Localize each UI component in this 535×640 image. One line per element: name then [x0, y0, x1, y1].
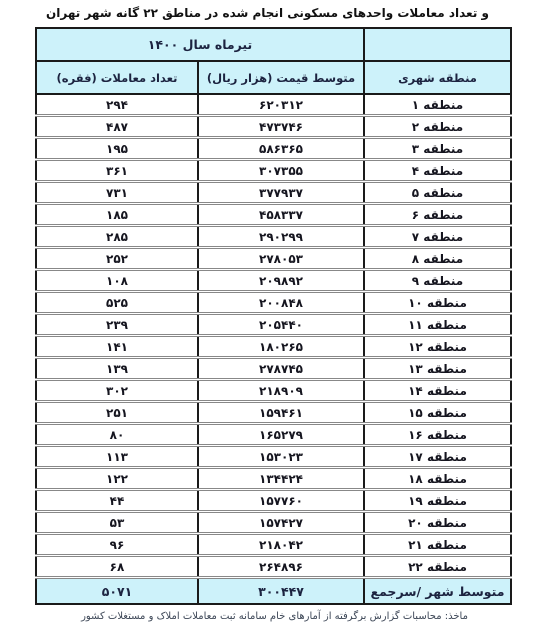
cell-district: منطقه ۹ — [364, 270, 511, 292]
table-row: منطقه ۶۴۵۸۳۳۷۱۸۵ — [36, 204, 511, 226]
page-title: و تعداد معاملات واحدهای مسکونی انجام شده… — [0, 0, 535, 22]
cell-count: ۲۳۹ — [36, 314, 198, 336]
cell-district: منطقه ۱۳ — [364, 358, 511, 380]
cell-district: منطقه ۴ — [364, 160, 511, 182]
table-row: منطقه ۱۲۱۸۰۲۶۵۱۴۱ — [36, 336, 511, 358]
cell-count: ۱۳۹ — [36, 358, 198, 380]
cell-count: ۲۵۲ — [36, 248, 198, 270]
cell-avg-price: ۱۵۷۷۶۰ — [198, 490, 364, 512]
col-header-avg-price: متوسط قیمت (هزار ریال) — [198, 61, 364, 94]
period-header: تیرماه سال ۱۴۰۰ — [36, 28, 364, 61]
cell-avg-price: ۱۵۹۴۶۱ — [198, 402, 364, 424]
table-row: منطقه ۱۱۲۰۵۴۴۰۲۳۹ — [36, 314, 511, 336]
cell-count: ۴۸۷ — [36, 116, 198, 138]
cell-district: منطقه ۲ — [364, 116, 511, 138]
cell-district: منطقه ۱۱ — [364, 314, 511, 336]
table-body: منطقه ۱۶۲۰۳۱۲۲۹۴منطقه ۲۴۷۳۷۴۶۴۸۷منطقه ۳۵… — [36, 94, 511, 578]
cell-avg-price: ۱۳۴۴۲۴ — [198, 468, 364, 490]
cell-avg-price: ۲۷۸۷۴۵ — [198, 358, 364, 380]
cell-count: ۳۶۱ — [36, 160, 198, 182]
cell-district: منطقه ۱۵ — [364, 402, 511, 424]
cell-count: ۳۰۲ — [36, 380, 198, 402]
cell-count: ۲۵۱ — [36, 402, 198, 424]
total-avg-price: ۳۰۰۴۴۷ — [198, 578, 364, 605]
cell-avg-price: ۲۶۴۸۹۶ — [198, 556, 364, 578]
table-row: منطقه ۱۶۱۶۵۲۷۹۸۰ — [36, 424, 511, 446]
table-row: منطقه ۴۳۰۷۳۵۵۳۶۱ — [36, 160, 511, 182]
cell-district: منطقه ۳ — [364, 138, 511, 160]
cell-district: منطقه ۱۲ — [364, 336, 511, 358]
cell-district: منطقه ۲۰ — [364, 512, 511, 534]
table-row: منطقه ۱۶۲۰۳۱۲۲۹۴ — [36, 94, 511, 116]
cell-district: منطقه ۲۱ — [364, 534, 511, 556]
period-empty-cell — [364, 28, 511, 61]
cell-avg-price: ۵۸۶۳۶۵ — [198, 138, 364, 160]
cell-avg-price: ۲۰۹۸۹۲ — [198, 270, 364, 292]
cell-count: ۵۲۵ — [36, 292, 198, 314]
table-row: منطقه ۱۰۲۰۰۸۴۸۵۲۵ — [36, 292, 511, 314]
source-note: ماخذ: محاسبات گزارش برگرفته از آمارهای خ… — [37, 611, 512, 622]
cell-district: منطقه ۱۹ — [364, 490, 511, 512]
col-header-district: منطقه شهری — [364, 61, 511, 94]
cell-avg-price: ۲۹۰۲۹۹ — [198, 226, 364, 248]
cell-district: منطقه ۱۷ — [364, 446, 511, 468]
cell-count: ۹۶ — [36, 534, 198, 556]
total-count: ۵۰۷۱ — [36, 578, 198, 605]
cell-count: ۱۹۵ — [36, 138, 198, 160]
cell-avg-price: ۳۰۷۳۵۵ — [198, 160, 364, 182]
total-row: متوسط شهر /سرجمع ۳۰۰۴۴۷ ۵۰۷۱ — [36, 578, 511, 605]
cell-avg-price: ۴۵۸۳۳۷ — [198, 204, 364, 226]
table-row: منطقه ۱۴۲۱۸۹۰۹۳۰۲ — [36, 380, 511, 402]
cell-avg-price: ۲۰۵۴۴۰ — [198, 314, 364, 336]
cell-count: ۱۸۵ — [36, 204, 198, 226]
cell-avg-price: ۲۷۸۰۵۳ — [198, 248, 364, 270]
total-label: متوسط شهر /سرجمع — [364, 578, 511, 605]
cell-avg-price: ۱۵۳۰۲۳ — [198, 446, 364, 468]
cell-avg-price: ۴۷۳۷۴۶ — [198, 116, 364, 138]
cell-avg-price: ۲۱۸۹۰۹ — [198, 380, 364, 402]
cell-count: ۱۴۱ — [36, 336, 198, 358]
cell-avg-price: ۱۵۷۴۲۷ — [198, 512, 364, 534]
cell-district: منطقه ۱۸ — [364, 468, 511, 490]
table-row: منطقه ۱۵۱۵۹۴۶۱۲۵۱ — [36, 402, 511, 424]
table-row: منطقه ۲۲۲۶۴۸۹۶۶۸ — [36, 556, 511, 578]
table-row: منطقه ۱۹۱۵۷۷۶۰۴۴ — [36, 490, 511, 512]
cell-district: منطقه ۱۰ — [364, 292, 511, 314]
cell-count: ۱۱۳ — [36, 446, 198, 468]
cell-count: ۶۸ — [36, 556, 198, 578]
cell-avg-price: ۲۱۸۰۴۲ — [198, 534, 364, 556]
cell-count: ۸۰ — [36, 424, 198, 446]
cell-district: منطقه ۶ — [364, 204, 511, 226]
table-row: منطقه ۱۳۲۷۸۷۴۵۱۳۹ — [36, 358, 511, 380]
page: و تعداد معاملات واحدهای مسکونی انجام شده… — [0, 0, 535, 640]
cell-avg-price: ۱۸۰۲۶۵ — [198, 336, 364, 358]
table-row: منطقه ۱۷۱۵۳۰۲۳۱۱۳ — [36, 446, 511, 468]
cell-district: منطقه ۵ — [364, 182, 511, 204]
cell-avg-price: ۱۶۵۲۷۹ — [198, 424, 364, 446]
table-row: منطقه ۲۰۱۵۷۴۲۷۵۳ — [36, 512, 511, 534]
transactions-table: تیرماه سال ۱۴۰۰ منطقه شهری متوسط قیمت (ه… — [35, 27, 512, 605]
cell-district: منطقه ۲۲ — [364, 556, 511, 578]
cell-district: منطقه ۷ — [364, 226, 511, 248]
cell-avg-price: ۶۲۰۳۱۲ — [198, 94, 364, 116]
cell-avg-price: ۲۰۰۸۴۸ — [198, 292, 364, 314]
table-row: منطقه ۲۱۲۱۸۰۴۲۹۶ — [36, 534, 511, 556]
cell-count: ۷۳۱ — [36, 182, 198, 204]
cell-district: منطقه ۸ — [364, 248, 511, 270]
cell-count: ۵۳ — [36, 512, 198, 534]
cell-count: ۲۸۵ — [36, 226, 198, 248]
table-row: منطقه ۳۵۸۶۳۶۵۱۹۵ — [36, 138, 511, 160]
table-row: منطقه ۱۸۱۳۴۴۲۴۱۲۲ — [36, 468, 511, 490]
table-row: منطقه ۵۳۷۷۹۳۷۷۳۱ — [36, 182, 511, 204]
period-header-row: تیرماه سال ۱۴۰۰ — [36, 28, 511, 61]
cell-count: ۱۰۸ — [36, 270, 198, 292]
cell-count: ۴۴ — [36, 490, 198, 512]
table-row: منطقه ۹۲۰۹۸۹۲۱۰۸ — [36, 270, 511, 292]
cell-count: ۲۹۴ — [36, 94, 198, 116]
cell-count: ۱۲۲ — [36, 468, 198, 490]
table-row: منطقه ۷۲۹۰۲۹۹۲۸۵ — [36, 226, 511, 248]
table-row: منطقه ۲۴۷۳۷۴۶۴۸۷ — [36, 116, 511, 138]
cell-district: منطقه ۱ — [364, 94, 511, 116]
cell-district: منطقه ۱۶ — [364, 424, 511, 446]
col-header-count: تعداد معاملات (فقره) — [36, 61, 198, 94]
column-header-row: منطقه شهری متوسط قیمت (هزار ریال) تعداد … — [36, 61, 511, 94]
cell-district: منطقه ۱۴ — [364, 380, 511, 402]
table-row: منطقه ۸۲۷۸۰۵۳۲۵۲ — [36, 248, 511, 270]
cell-avg-price: ۳۷۷۹۳۷ — [198, 182, 364, 204]
